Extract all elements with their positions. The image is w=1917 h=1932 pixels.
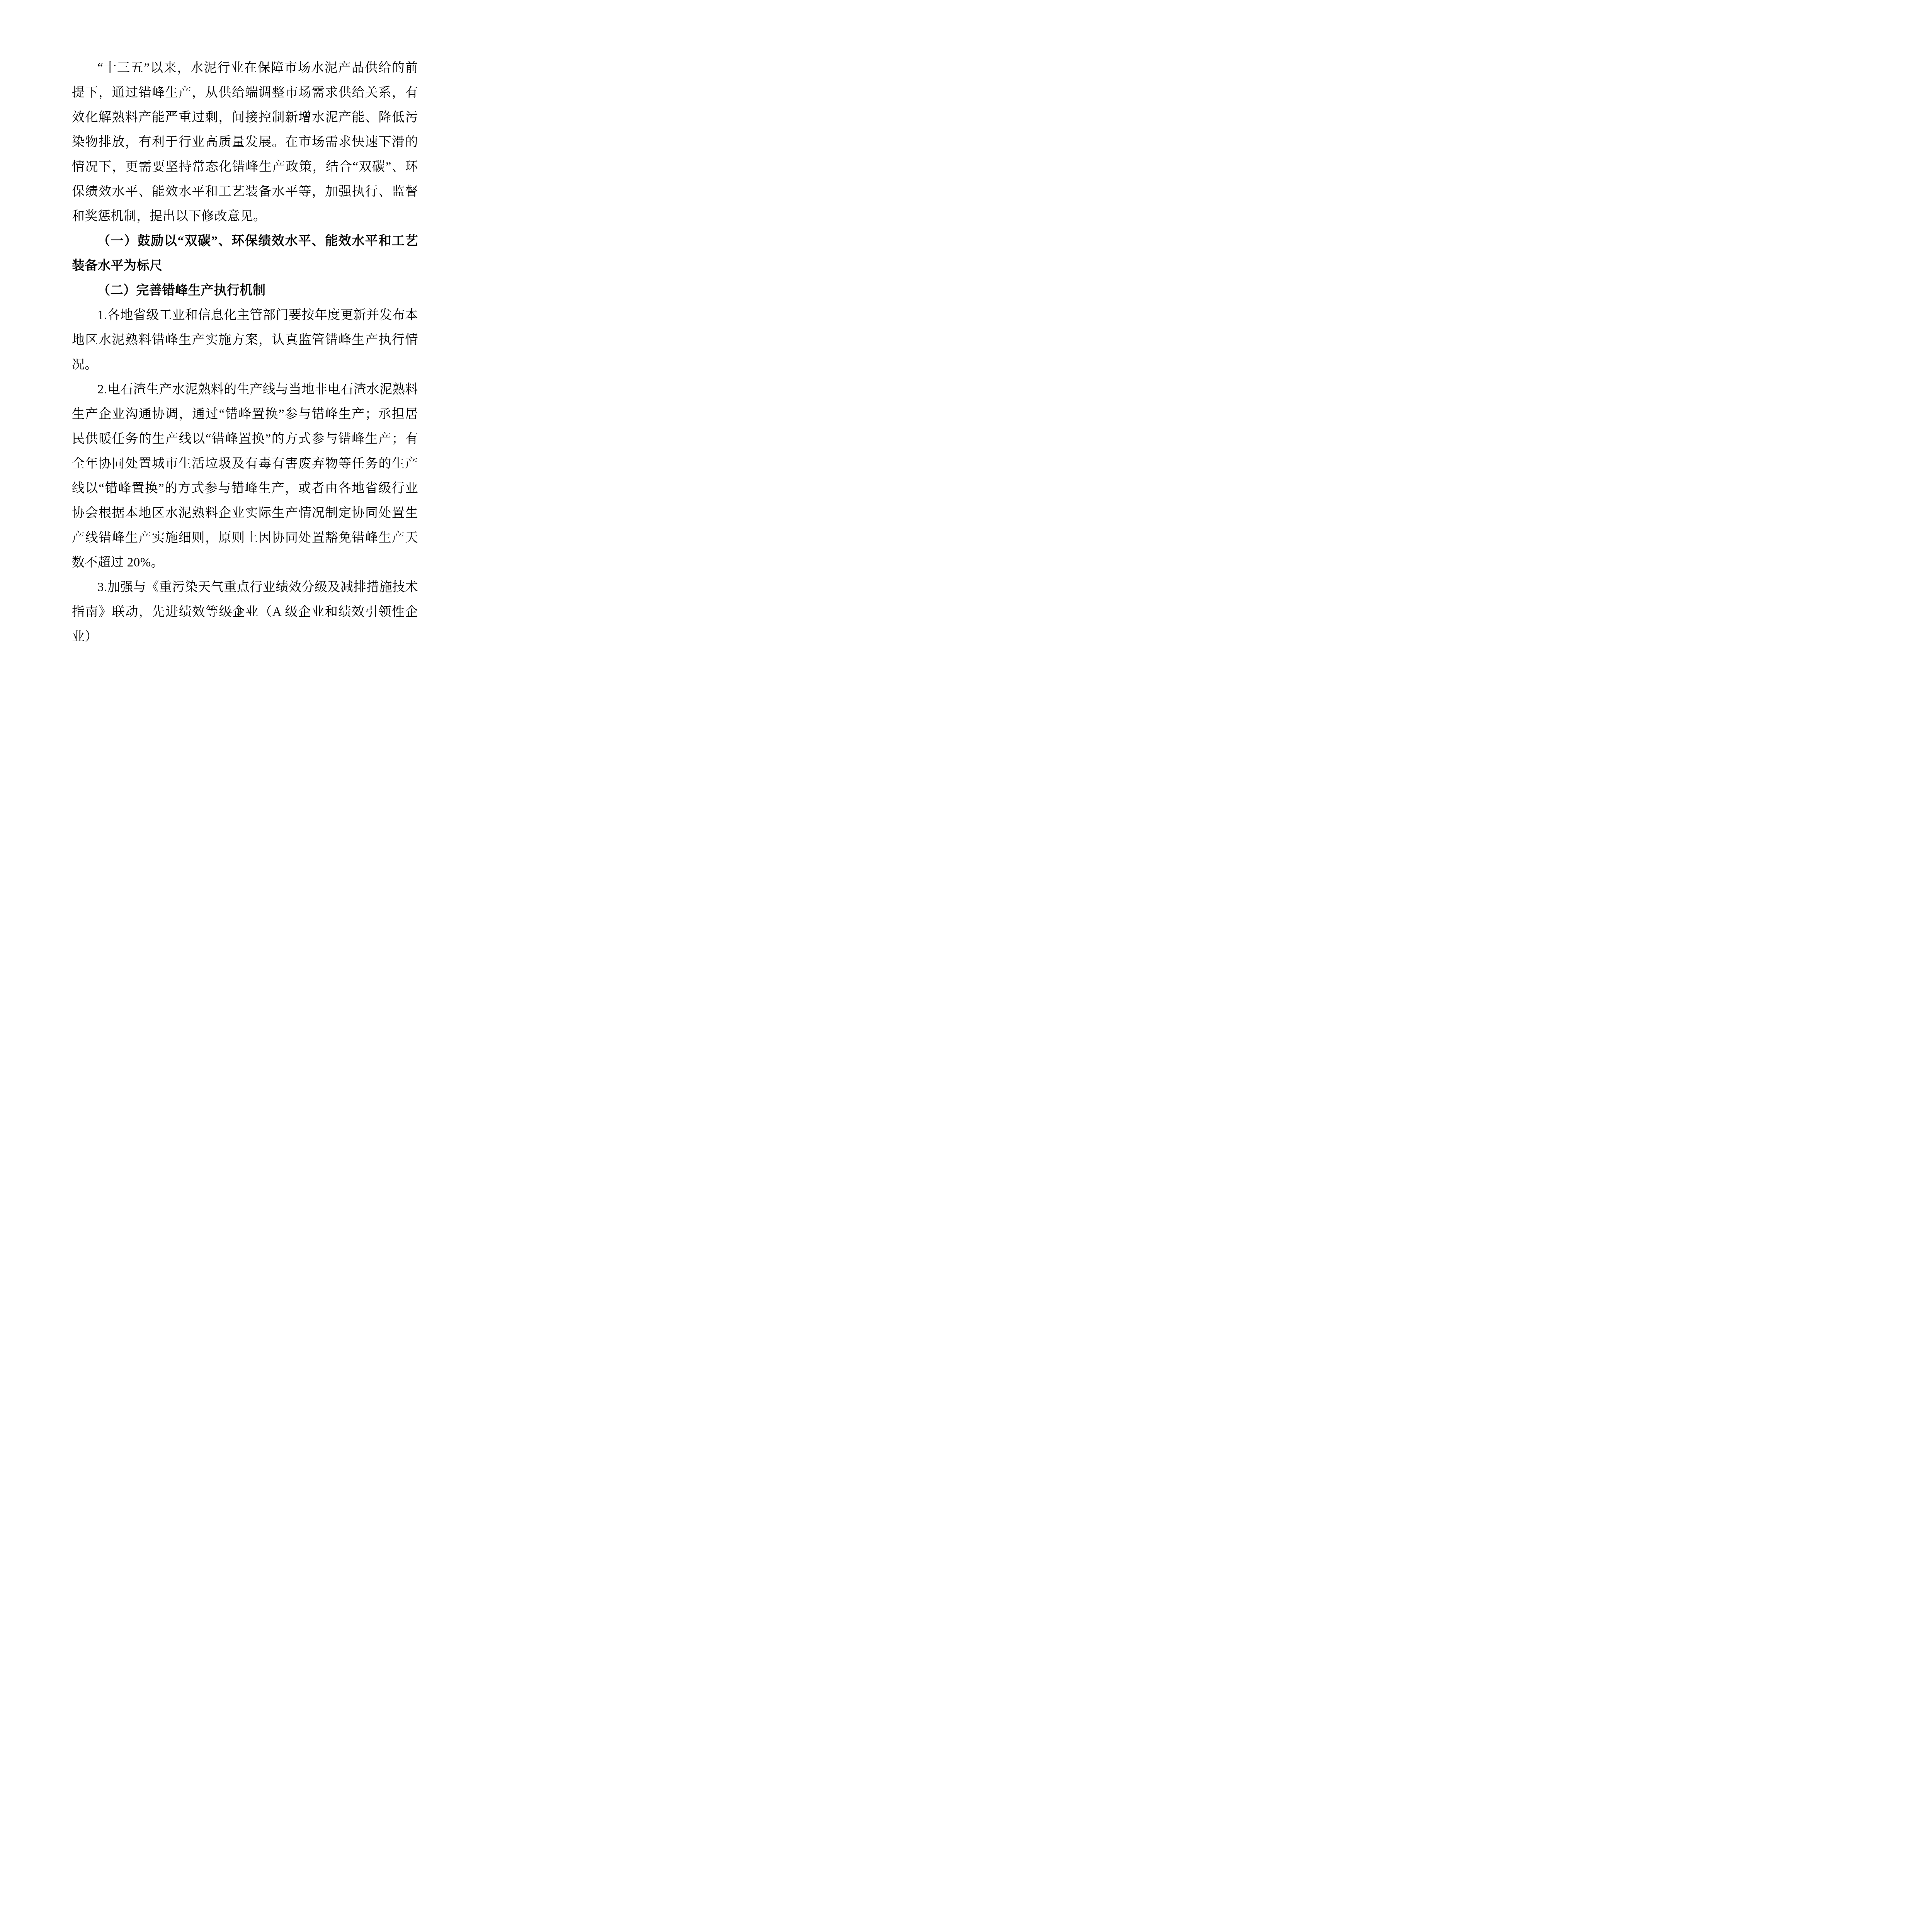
page-number: – 3 – [0, 605, 479, 618]
document-body: “十三五”以来，水泥行业在保障市场水泥产品供给的前提下，通过错峰生产，从供给端调… [72, 56, 418, 649]
document-page: “十三五”以来，水泥行业在保障市场水泥产品供给的前提下，通过错峰生产，从供给端调… [0, 0, 479, 678]
section-heading-2: （二）完善错峰生产执行机制 [72, 278, 418, 303]
paragraph-intro: “十三五”以来，水泥行业在保障市场水泥产品供给的前提下，通过错峰生产，从供给端调… [72, 56, 418, 229]
section-heading-1: （一）鼓励以“双碳”、环保绩效水平、能效水平和工艺装备水平为标尺 [72, 229, 418, 278]
paragraph-item-1: 1.各地省级工业和信息化主管部门要按年度更新并发布本地区水泥熟料错峰生产实施方案… [72, 303, 418, 377]
paragraph-item-2: 2.电石渣生产水泥熟料的生产线与当地非电石渣水泥熟料生产企业沟通协调，通过“错峰… [72, 377, 418, 575]
